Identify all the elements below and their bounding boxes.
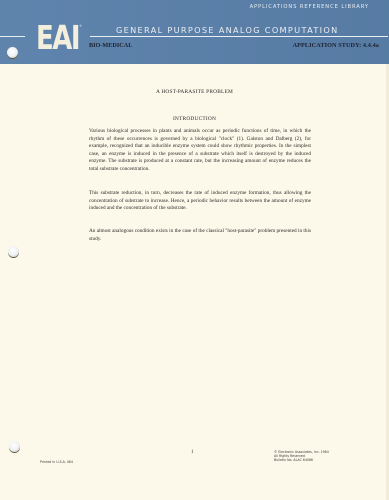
library-label: APPLICATIONS REFERENCE LIBRARY [250,4,369,10]
printed-note: Printed in U.S.A. 464 [40,460,73,464]
paragraph: Various biological processes in plants a… [89,128,311,174]
punch-hole-icon [7,47,18,58]
header-rule-left [0,36,25,37]
category-label: BIO-MEDICAL [89,42,132,49]
eai-logo: EAI [36,20,79,58]
page-number: 1 [191,450,194,455]
document-page [0,0,389,500]
section-heading: INTRODUCTION [0,116,389,122]
header-rule-main [90,36,388,37]
application-study-label: APPLICATION STUDY: 4.4.4a [293,42,379,49]
registered-mark: ® [79,24,82,28]
paragraph: An almost analogous condition exists in … [89,228,311,243]
punch-hole-icon [8,246,19,257]
bulletin-line: Bulletin No. ALAC 64066 [274,458,329,462]
header-banner: APPLICATIONS REFERENCE LIBRARY EAI ® GEN… [0,0,389,64]
copyright-block: © Electronic Associates, Inc. 1964 All R… [274,450,329,463]
document-title: A HOST-PARASITE PROBLEM [0,89,389,95]
paragraph: This substrate reduction, in turn, decre… [89,190,311,213]
punch-hole-icon [9,441,20,452]
series-title: GENERAL PURPOSE ANALOG COMPUTATION [116,25,339,35]
